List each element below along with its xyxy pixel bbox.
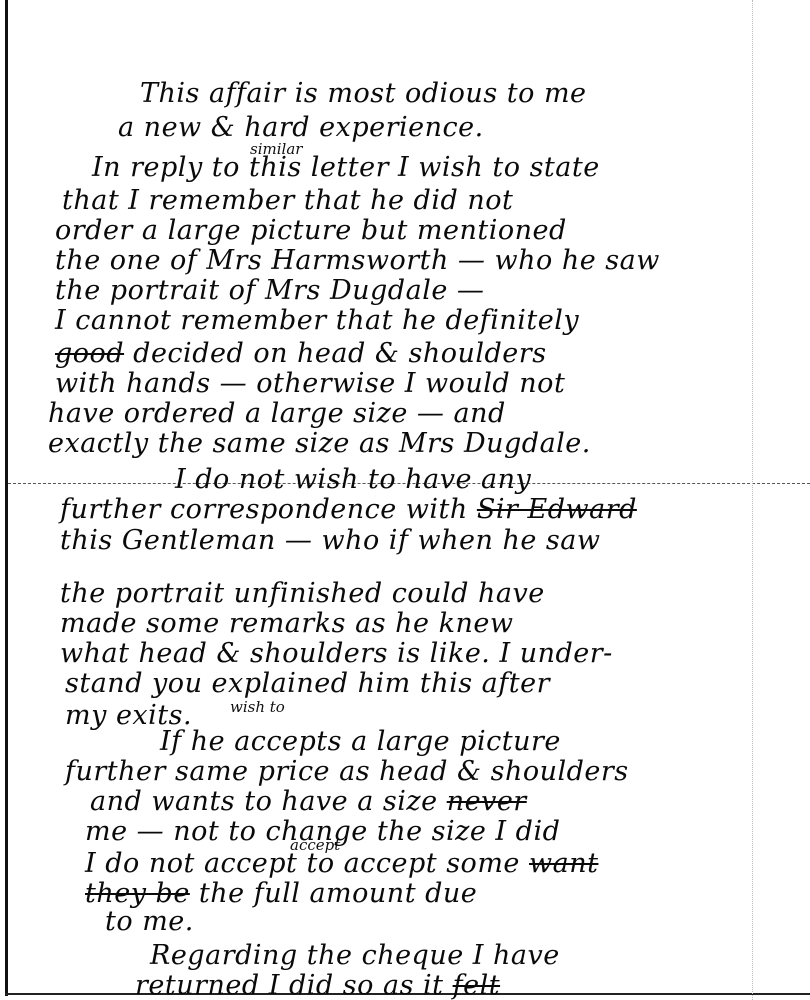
- handwritten-line: this Gentleman — who if when he saw: [60, 525, 600, 556]
- handwritten-line: made some remarks as he knew: [60, 608, 513, 639]
- handwritten-text: and wants to have a size: [90, 786, 438, 817]
- handwritten-line: further same price as head & shoulders: [65, 756, 629, 787]
- handwritten-text: further correspondence with: [60, 494, 468, 525]
- interlinear-insert: wish to: [230, 698, 285, 716]
- handwritten-line: they be the full amount due: [85, 878, 477, 909]
- letter-page: This affair is most odious to me a new &…: [0, 0, 810, 1000]
- handwritten-text: I do not accept to accept some: [85, 848, 520, 879]
- handwritten-line: stand you explained him this after: [65, 668, 550, 699]
- handwritten-line: that I remember that he did not: [62, 185, 513, 216]
- right-fold-line: [752, 0, 753, 1000]
- handwritten-line: what head & shoulders is like. I under-: [60, 638, 613, 669]
- handwritten-line: the one of Mrs Harmsworth — who he saw: [55, 245, 660, 276]
- handwritten-line: I do not wish to have any: [175, 464, 531, 495]
- page-left-edge: [5, 0, 8, 996]
- handwritten-line: a new & hard experience.: [118, 112, 484, 143]
- handwritten-line: have ordered a large size — and: [48, 398, 506, 429]
- handwritten-line: If he accepts a large picture: [160, 726, 561, 757]
- handwritten-line: exactly the same size as Mrs Dugdale.: [48, 428, 591, 459]
- handwritten-line: further correspondence with Sir Edward: [60, 494, 637, 525]
- handwritten-text: decided on head & shoulders: [133, 338, 546, 369]
- handwritten-line: Regarding the cheque I have: [150, 940, 560, 971]
- handwritten-line: good decided on head & shoulders: [55, 338, 547, 369]
- handwritten-line: the portrait unfinished could have: [60, 578, 545, 609]
- handwritten-line: the portrait of Mrs Dugdale —: [55, 275, 484, 306]
- struck-word: want: [529, 848, 598, 879]
- handwritten-text: the full amount due: [199, 878, 477, 909]
- handwritten-line: I cannot remember that he definitely: [55, 305, 579, 336]
- struck-word: Sir Edward: [477, 494, 637, 525]
- handwritten-line: to me.: [105, 906, 194, 937]
- handwritten-line: with hands — otherwise I would not: [55, 368, 565, 399]
- handwritten-line: and wants to have a size never: [90, 786, 527, 817]
- handwritten-line: This affair is most odious to me: [140, 78, 587, 109]
- handwritten-line: order a large picture but mentioned: [55, 215, 567, 246]
- handwritten-line: I do not accept to accept some want: [85, 848, 598, 879]
- struck-word: they be: [85, 878, 190, 909]
- struck-word: never: [447, 786, 527, 817]
- handwritten-line: In reply to this letter I wish to state: [92, 152, 600, 183]
- struck-word: good: [55, 338, 124, 369]
- struck-word: felt: [453, 970, 500, 1000]
- handwritten-text: returned I did so as it: [135, 970, 444, 1000]
- handwritten-line: returned I did so as it felt: [135, 970, 500, 1000]
